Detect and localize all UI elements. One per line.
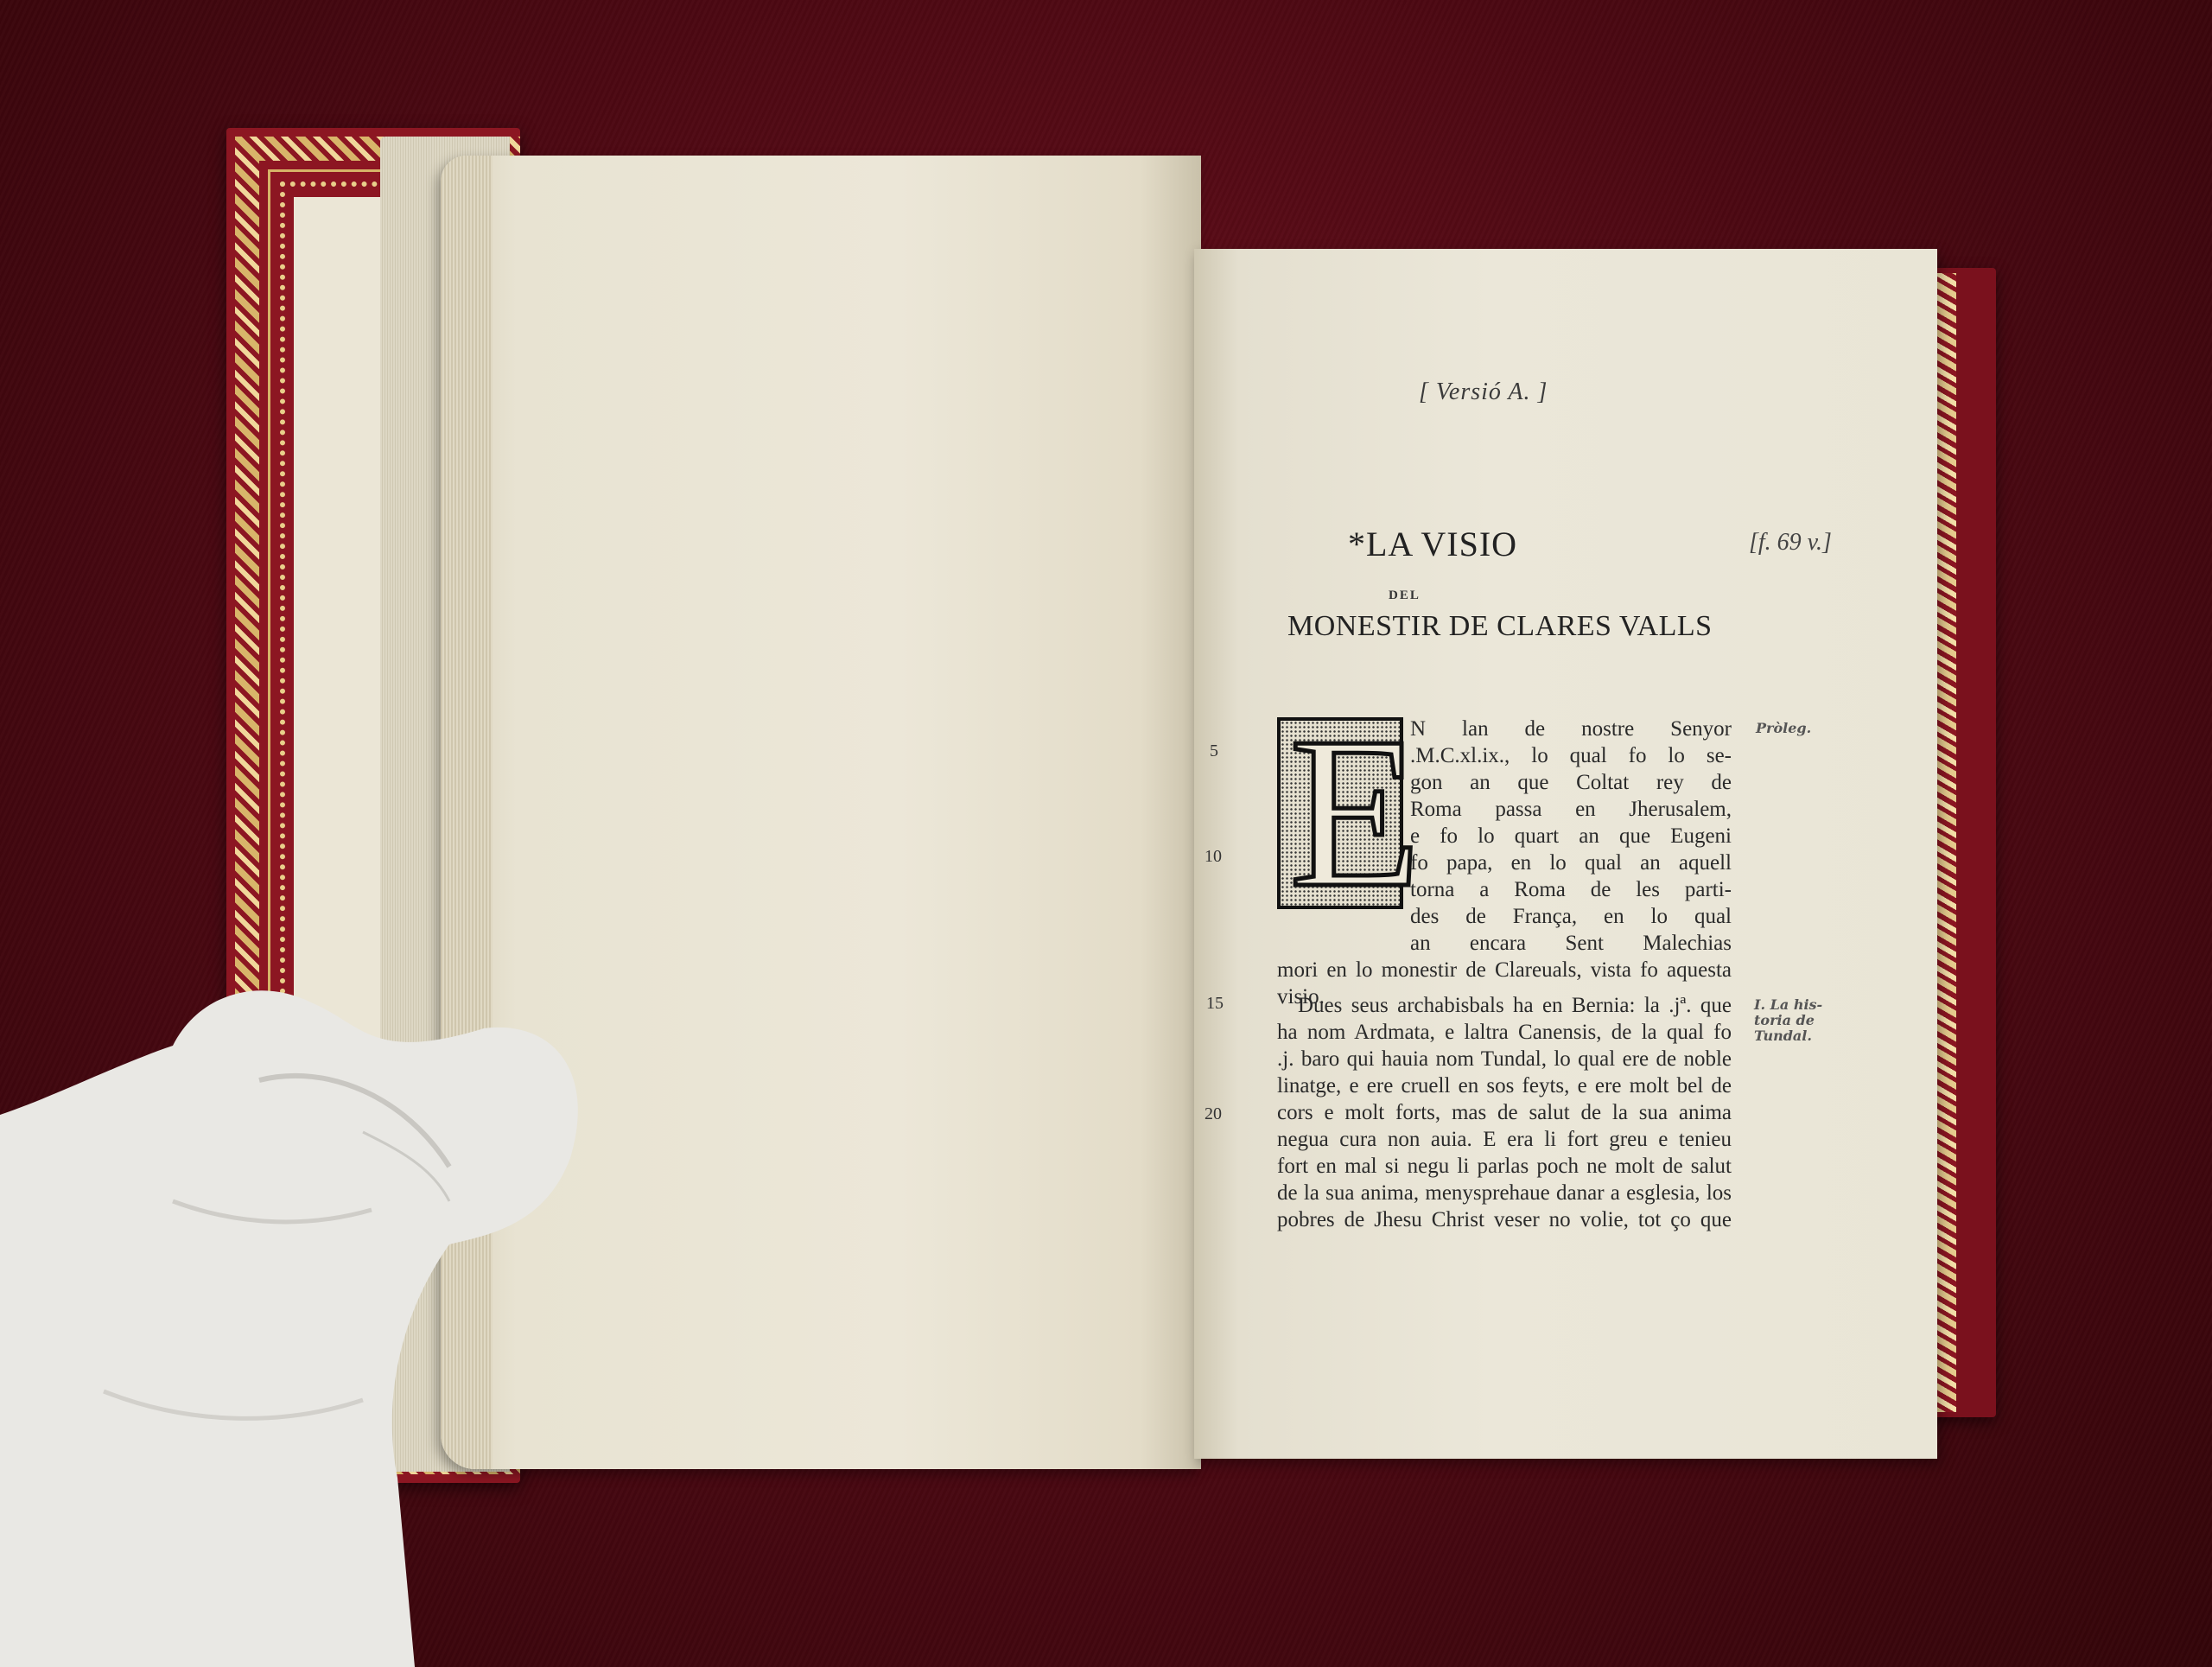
- text-line: linatge, e ere cruell en sos feyts, e er…: [1277, 1072, 1732, 1099]
- paragraph-historia: Dues seus archabisbals ha en Bernia: la …: [1277, 992, 1732, 1233]
- sidenote-historia-tundal: I. La his- toria de Tundal.: [1754, 997, 1822, 1044]
- text-line: de la sua anima, menysprehaue danar a es…: [1277, 1180, 1732, 1206]
- title-del: DEL: [1389, 589, 1421, 603]
- white-gloved-hand: [0, 942, 596, 1667]
- illuminated-drop-cap: E: [1277, 717, 1403, 909]
- folio-reference: [f. 69 v.]: [1749, 529, 1832, 557]
- text-line: .M.C.xl.ix., lo qual fo lo se-: [1410, 742, 1732, 769]
- sidenote-line: Tundal.: [1754, 1028, 1822, 1044]
- right-page[interactable]: [ Versió A. ] *LA VISIO [f. 69 v.] DEL M…: [1194, 249, 1937, 1459]
- running-head: [ Versió A. ]: [1419, 379, 1548, 406]
- text-line: N lan de nostre Senyor: [1410, 716, 1732, 742]
- text-line: an encara Sent Malechias: [1410, 930, 1732, 957]
- text-line: Dues seus archabisbals ha en Bernia: la …: [1277, 992, 1732, 1019]
- text-line: fort en mal si negu li parlas poch ne mo…: [1277, 1153, 1732, 1180]
- line-number-15: 15: [1206, 994, 1224, 1014]
- line-number-10: 10: [1205, 847, 1222, 867]
- text-line: fo papa, en lo qual an aquell: [1410, 849, 1732, 876]
- text-line: e fo lo quart an que Eugeni: [1410, 823, 1732, 849]
- text-line: negua cura non auia. E era li fort greu …: [1277, 1126, 1732, 1153]
- text-line: .j. baro qui hauia nom Tundal, lo qual e…: [1277, 1046, 1732, 1072]
- sidenote-line: toria de: [1754, 1013, 1822, 1028]
- text-line: Roma passa en Jherusalem,: [1410, 796, 1732, 823]
- text-line: ha nom Ardmata, e laltra Canensis, de la…: [1277, 1019, 1732, 1046]
- text-line: mori en lo monestir de Clareuals, vista …: [1277, 957, 1732, 983]
- title-monestir: MONESTIR DE CLARES VALLS: [1287, 610, 1713, 643]
- text-line: des de França, en lo qual: [1410, 903, 1732, 930]
- text-line: cors e molt forts, mas de salut de la su…: [1277, 1099, 1732, 1126]
- paragraph-prolog-wrapped: N lan de nostre Senyor .M.C.xl.ix., lo q…: [1410, 716, 1732, 957]
- line-number-20: 20: [1205, 1104, 1222, 1124]
- sidenote-prolog: Pròleg.: [1756, 721, 1811, 736]
- back-cover-edge: [1927, 268, 1996, 1417]
- text-line: torna a Roma de les parti-: [1410, 876, 1732, 903]
- line-number-5: 5: [1210, 741, 1218, 761]
- text-line: gon an que Coltat rey de: [1410, 769, 1732, 796]
- title-la-visio: *LA VISIO: [1348, 524, 1517, 564]
- drop-cap-letter: E: [1289, 705, 1421, 921]
- sidenote-line: I. La his-: [1754, 997, 1822, 1013]
- text-line: pobres de Jhesu Christ veser no volie, t…: [1277, 1206, 1732, 1233]
